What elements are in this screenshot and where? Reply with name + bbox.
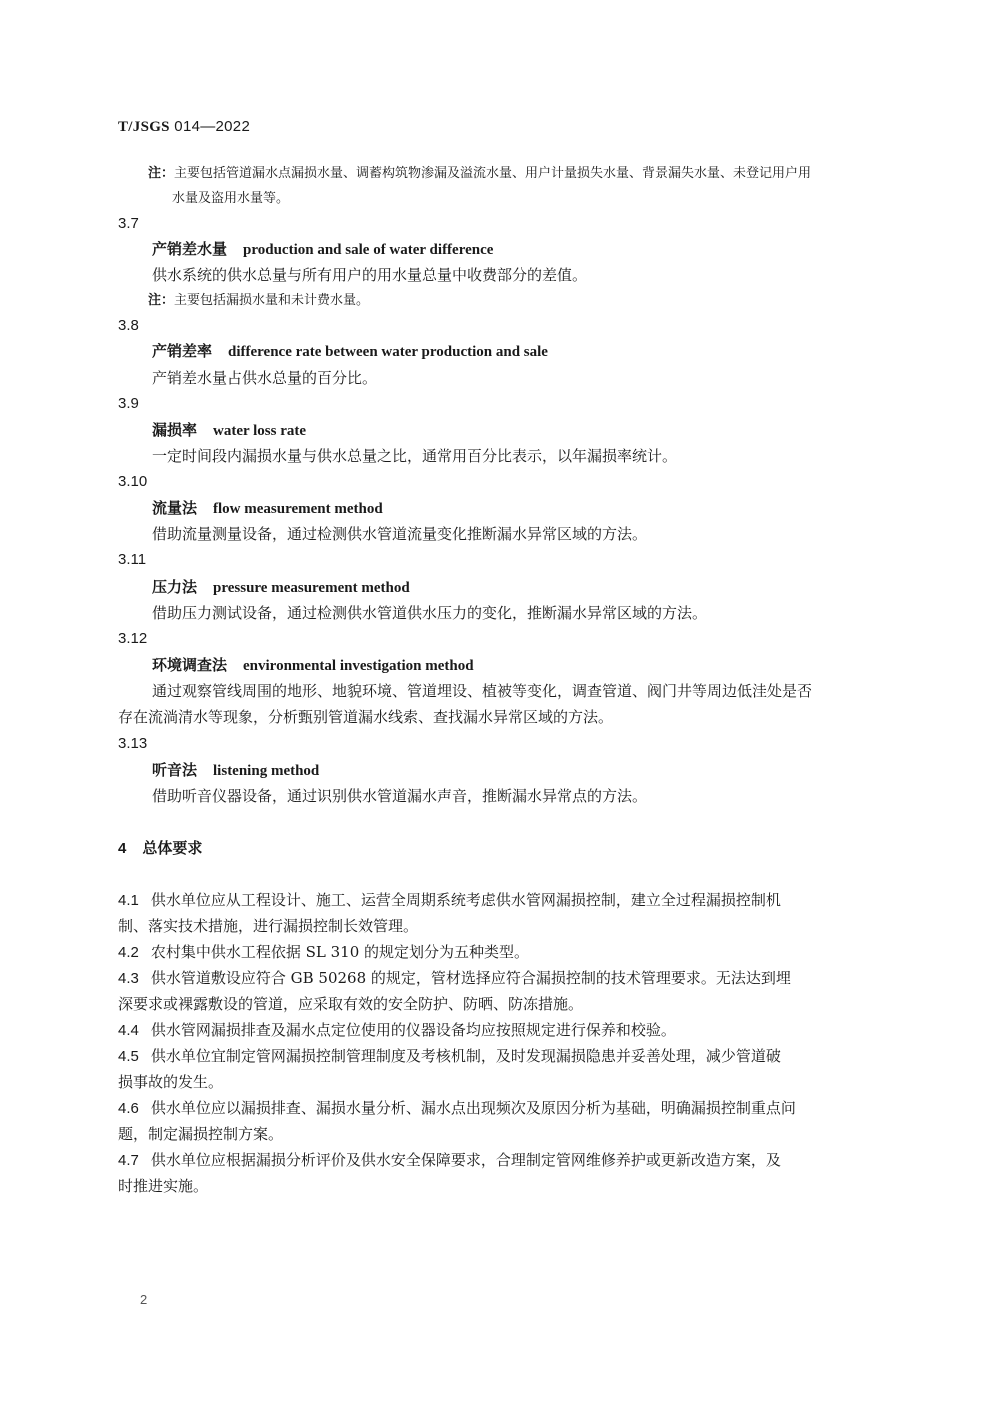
term-definition: 存在流淌清水等现象，分析甄别管道漏水线索、查找漏水异常区域的方法。 [118,707,613,727]
term-number: 3.7 [118,214,139,234]
term-heading: 产销差率difference rate between water produc… [152,341,548,362]
term-heading: 流量法flow measurement method [152,498,383,519]
clause-4-7-line2: 时推进实施。 [118,1176,208,1196]
term-number: 3.11 [118,550,146,570]
clause-4-3-line2: 深要求或裸露敷设的管道，应采取有效的安全防护、防晒、防冻措施。 [118,994,583,1014]
term-definition: 借助流量测量设备，通过检测供水管道流量变化推断漏水异常区域的方法。 [152,524,647,544]
term-definition: 一定时间段内漏损水量与供水总量之比，通常用百分比表示，以年漏损率统计。 [152,446,677,466]
clause-4-6-line2: 题，制定漏损控制方案。 [118,1124,283,1144]
clause-4-3-line1: 4.3供水管道敷设应符合 GB 50268 的规定，管材选择应符合漏损控制的技术… [118,968,791,989]
term-number: 3.8 [118,316,139,336]
term-definition: 供水系统的供水总量与所有用户的用水量总量中收费部分的差值。 [152,265,587,285]
clause-4-1-line2: 制、落实技术措施，进行漏损控制长效管理。 [118,916,418,936]
term-heading: 漏损率water loss rate [152,420,306,441]
term-heading: 产销差水量production and sale of water differ… [152,239,493,260]
term-heading: 压力法pressure measurement method [152,577,410,598]
term-definition: 借助压力测试设备，通过检测供水管道供水压力的变化，推断漏水异常区域的方法。 [152,603,707,623]
term-definition: 借助听音仪器设备，通过识别供水管道漏水声音，推断漏水异常点的方法。 [152,786,647,806]
clause-4-2: 4.2农村集中供水工程依据 SL 310 的规定划分为五种类型。 [118,942,529,963]
clause-4-5-line2: 损事故的发生。 [118,1072,223,1092]
note-3-6-line2: 水量及盗用水量等。 [172,189,289,209]
page-number: 2 [140,1292,147,1307]
term-note: 注：主要包括漏损水量和未计费水量。 [148,291,369,311]
clause-4-6-line1: 4.6供水单位应以漏损排查、漏损水量分析、漏水点出现频次及原因分析为基础，明确漏… [118,1098,796,1119]
clause-4-5-line1: 4.5供水单位宜制定管网漏损控制管理制度及考核机制，及时发现漏损隐患并妥善处理，… [118,1046,781,1067]
clause-4-1-line1: 4.1供水单位应从工程设计、施工、运营全周期系统考虑供水管网漏损控制，建立全过程… [118,890,781,911]
document-code: T/JSGS 014—2022 [118,118,250,136]
note-3-6-line1: 注：主要包括管道漏水点漏损水量、调蓄构筑物渗漏及溢流水量、用户计量损失水量、背景… [148,164,811,184]
term-number: 3.10 [118,472,147,492]
term-definition: 通过观察管线周围的地形、地貌环境、管道埋设、植被等变化，调查管道、阀门井等周边低… [152,681,812,701]
clause-4-4: 4.4供水管网漏损排查及漏水点定位使用的仪器设备均应按照规定进行保养和校验。 [118,1020,676,1041]
term-number: 3.9 [118,394,139,414]
term-heading: 听音法listening method [152,760,319,781]
term-number: 3.12 [118,629,147,649]
term-definition: 产销差水量占供水总量的百分比。 [152,368,377,388]
term-heading: 环境调查法environmental investigation method [152,655,474,676]
document-page: T/JSGS 014—2022 注：主要包括管道漏水点漏损水量、调蓄构筑物渗漏及… [0,0,992,1403]
term-number: 3.13 [118,734,147,754]
clause-4-7-line1: 4.7供水单位应根据漏损分析评价及供水安全保障要求，合理制定管网维修养护或更新改… [118,1150,781,1171]
section-heading: 4总体要求 [118,838,202,859]
